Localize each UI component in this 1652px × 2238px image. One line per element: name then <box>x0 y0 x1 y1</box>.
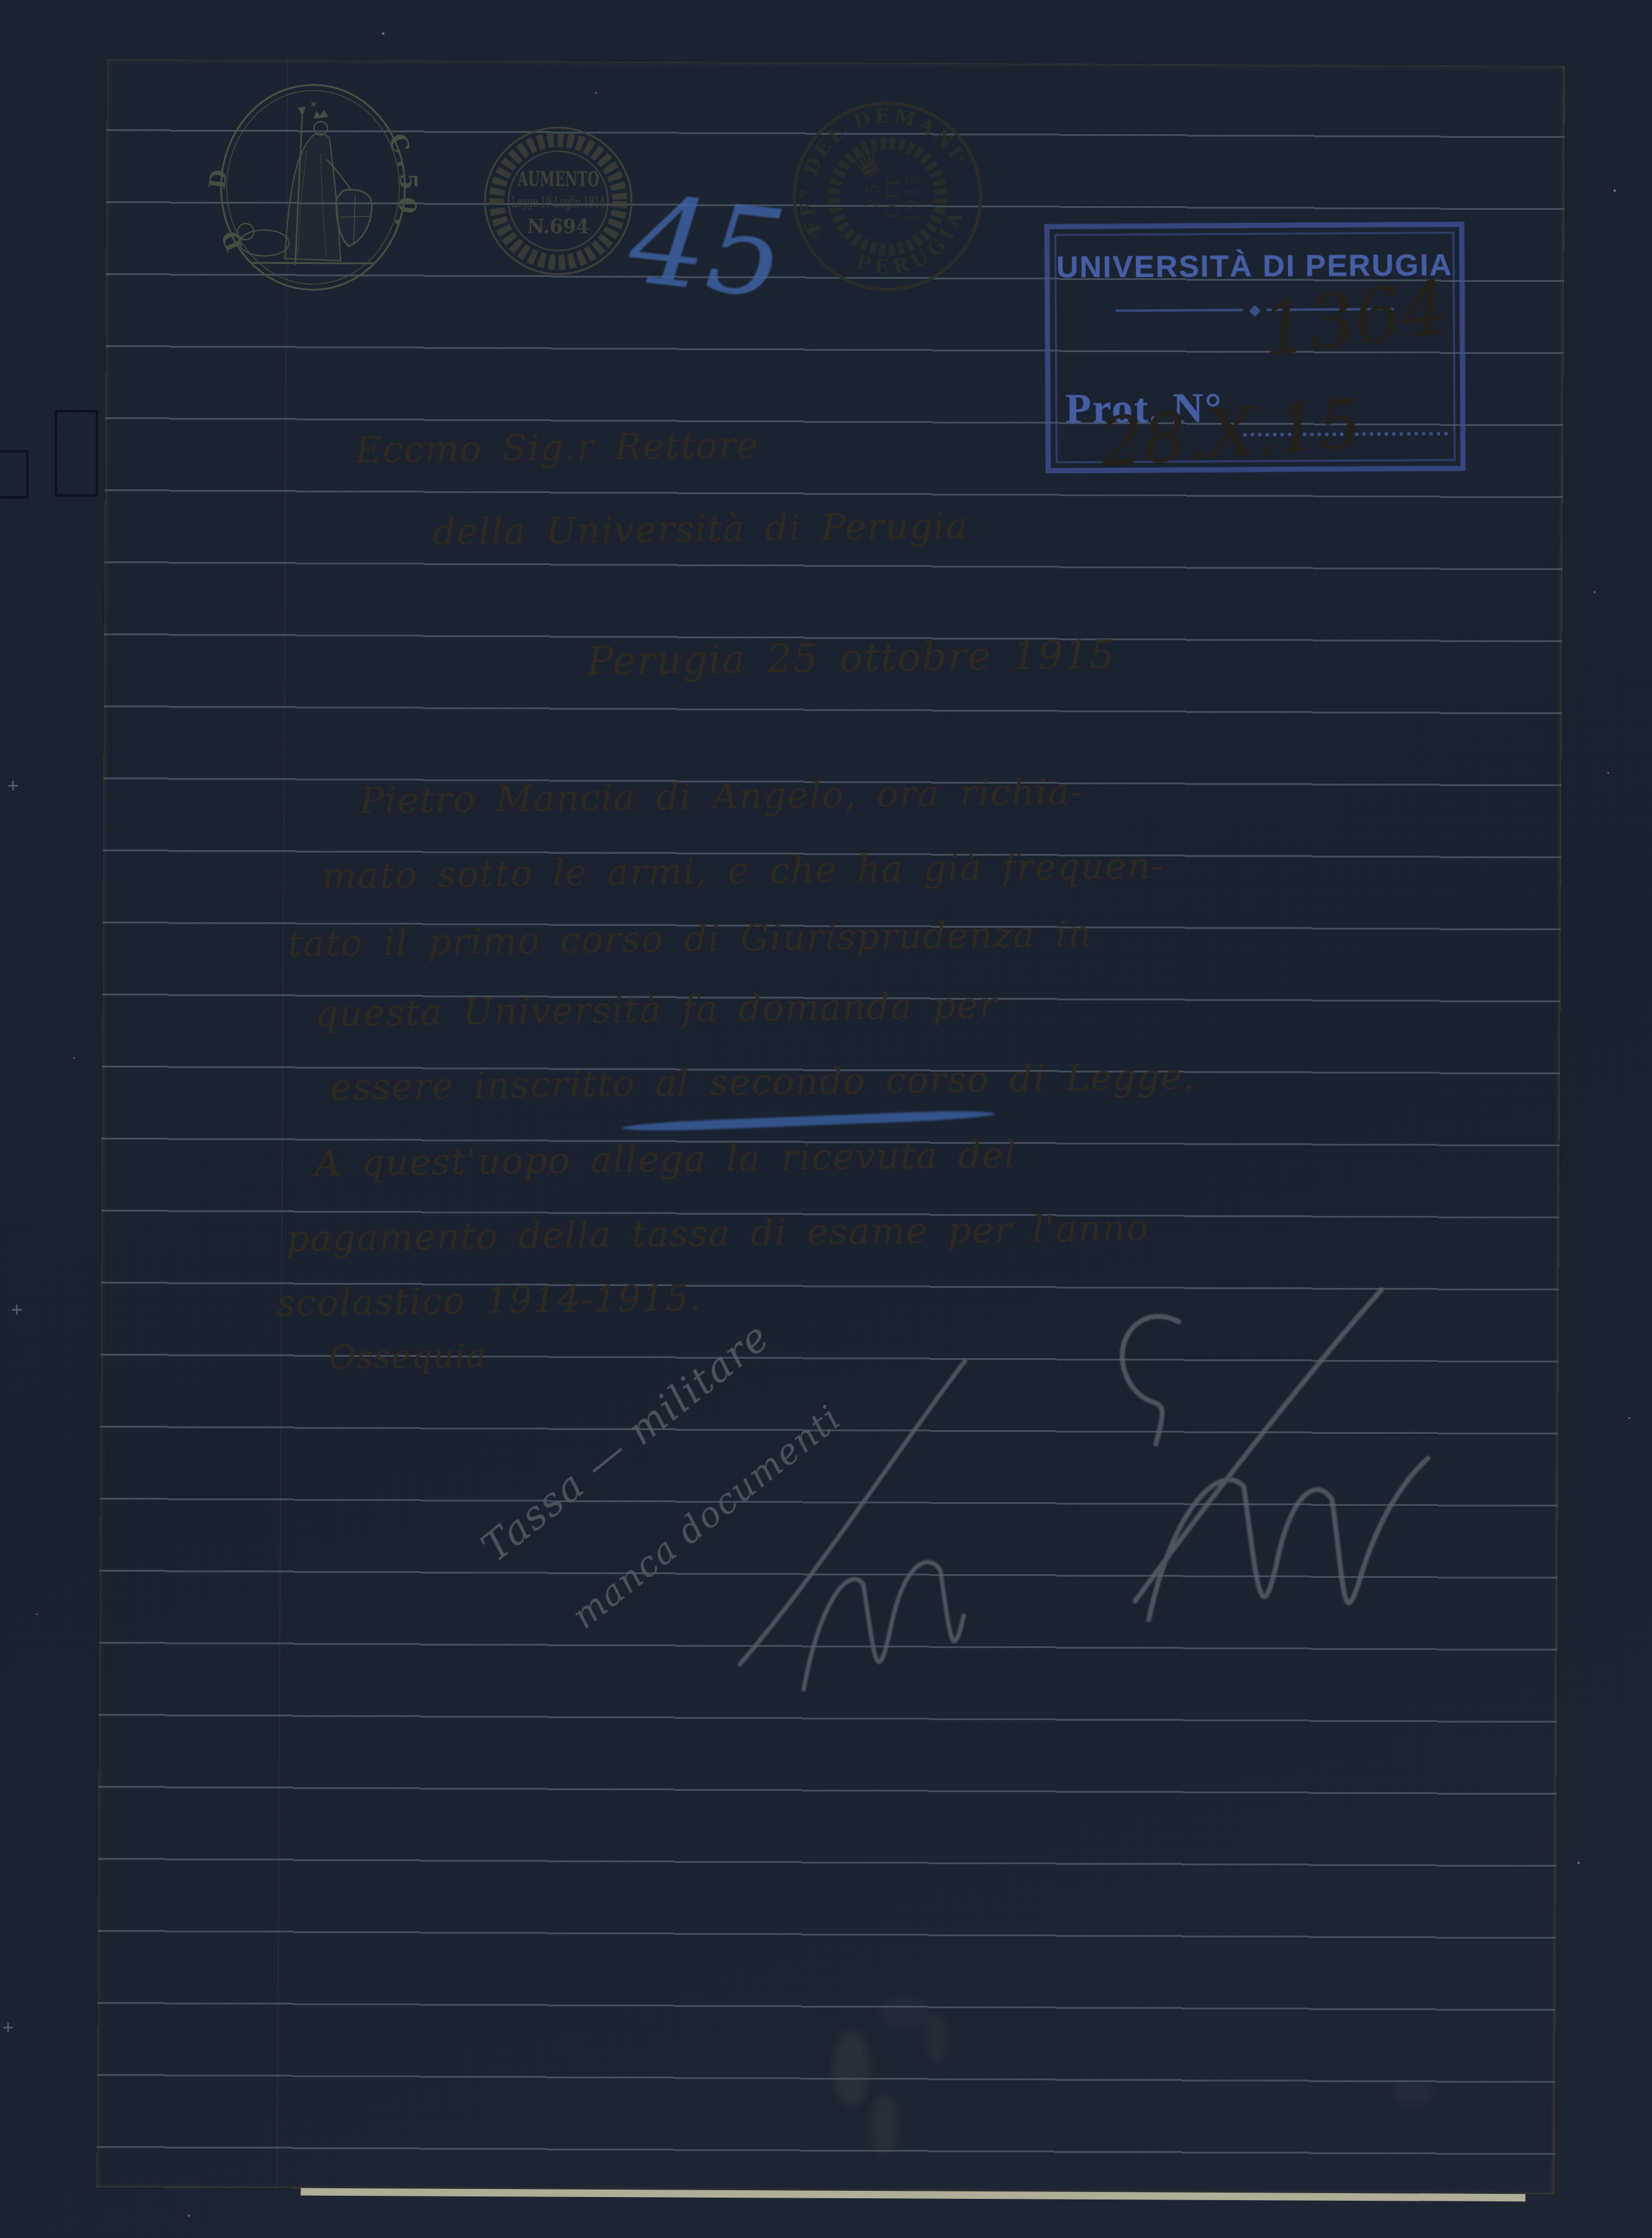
registration-mark: + <box>2 2017 14 2039</box>
aumento-number: N.694 <box>527 214 589 238</box>
body-line: mato sotto le armi, e che ha già frequen… <box>322 845 1164 897</box>
body-line: A quest'uopo allega la ricevuta del <box>314 1133 1017 1184</box>
aumento-stamp: AUMENTO Legge 19 Luglio 1914 N.694 <box>480 123 636 279</box>
body-line: essere inscritto al secondo corso di Leg… <box>330 1055 1196 1108</box>
speckle <box>1628 1417 1630 1419</box>
body-line: pagamento della tassa di esame per l'ann… <box>286 1207 1149 1259</box>
postmark-date-year: 1915 <box>901 171 924 224</box>
svg-text:D D: D D <box>207 152 248 255</box>
svg-text:C.50.: C.50. <box>383 129 419 238</box>
speckle <box>1594 591 1595 593</box>
speckle <box>1613 189 1616 192</box>
body-line: questa Università fa domanda per <box>315 984 997 1035</box>
document-page: ✶ D D C.50. AUMENTO Legge 19 Luglio 1914… <box>96 59 1565 2195</box>
body-line: Pietro Mancia di Angelo, ora richia- <box>360 771 1084 822</box>
blue-emphasis-underline <box>622 1109 995 1133</box>
postmark-date-month: OTT <box>882 174 904 219</box>
revenue-star: ✶ <box>309 99 317 111</box>
demanio-postmark: UFF° DEL DEMANIO PERUGIA ✳ ✳ ♛ 25 OTT 19… <box>784 93 991 299</box>
pencil-paraph-left <box>740 1360 965 1690</box>
university-protocol-stamp: UNIVERSITÀ DI PERUGIA ◆ Prot. N° 1364 28… <box>1045 222 1466 473</box>
salutation-line-1: Eccmo Sig.r Rettore <box>355 424 760 471</box>
postmark-date-day: 25 <box>861 181 884 210</box>
closing: Ossequia <box>329 1338 486 1377</box>
dateline: Perugia 25 ottobre 1915 <box>587 632 1116 684</box>
scanner-bed-mark <box>0 450 29 499</box>
ink-smudge <box>834 1996 1435 2157</box>
scanner-bed-mark <box>55 410 98 497</box>
crayon-folder-number: 45 <box>624 169 792 326</box>
body-line: scolastico 1914-1915. <box>276 1277 702 1325</box>
scan-canvas: + + + ✶ <box>0 0 1652 2238</box>
crown-icon <box>314 111 328 119</box>
speckle <box>73 1057 75 1059</box>
salutation-line-2: della Università di Perugia <box>432 504 968 553</box>
speckle <box>188 2214 190 2217</box>
registration-mark: + <box>7 775 19 797</box>
revenue-left-letters: D D <box>207 152 248 255</box>
body-line: tato il primo corso di Giurisprudenza in <box>288 912 1092 964</box>
speckle <box>1607 772 1609 774</box>
figure-robe <box>284 134 341 261</box>
revenue-stamp: ✶ D D C.50. <box>207 75 419 300</box>
pencil-paraph-right <box>1121 1289 1428 1621</box>
registration-mark: + <box>11 1299 22 1321</box>
revenue-denomination: C.50. <box>383 129 419 238</box>
pencil-annotation-1: Tassa — militare <box>473 1313 779 1571</box>
aumento-law: Legge 19 Luglio 1914 <box>512 193 605 211</box>
speckle <box>36 1613 38 1615</box>
speckle <box>382 32 384 35</box>
aumento-word: AUMENTO <box>517 166 599 191</box>
speckle <box>1577 1862 1580 1864</box>
fold-line <box>276 60 288 2188</box>
